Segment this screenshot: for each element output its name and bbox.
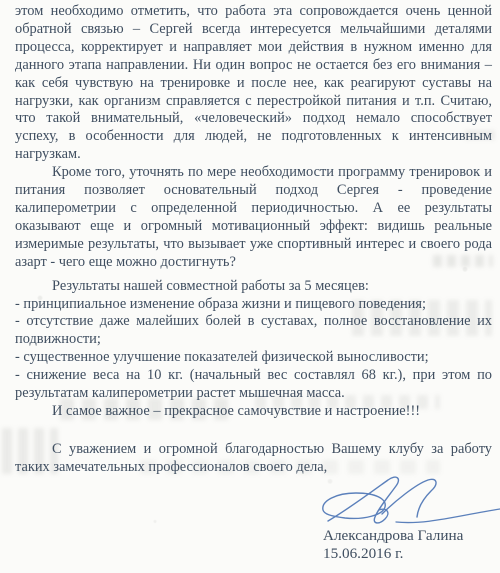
paragraph-feedback: этом необходимо отметить, что работа эта…: [15, 3, 492, 164]
result-item-joints: - отсутствие даже малейших болей в суста…: [15, 313, 492, 349]
handwritten-signature-icon: [278, 474, 500, 526]
results-heading: Результаты нашей совместной работы за 5 …: [15, 278, 492, 296]
signature-date: 15.06.2016 г.: [278, 545, 500, 563]
letter-body: этом необходимо отметить, что работа эта…: [15, 3, 492, 477]
scanned-letter-page: этом необходимо отметить, что работа эта…: [0, 0, 500, 573]
result-item-endurance: - существенное улучшение показателей физ…: [15, 349, 492, 367]
signatory-name: Александрова Галина: [278, 527, 500, 545]
closing-line: С уважением и огромной благодарностью Ва…: [15, 441, 492, 477]
signature-block: Александрова Галина 15.06.2016 г.: [278, 474, 500, 563]
result-item-lifestyle: - принципиальное изменение образа жизни …: [15, 296, 492, 314]
emphasis-line: И самое важное – прекрасное самочувствие…: [15, 403, 492, 421]
result-item-weight: - снижение веса на 10 кг. (начальный вес…: [15, 367, 492, 403]
paragraph-caliperometry: Кроме того, уточнять по мере необходимос…: [15, 164, 492, 271]
